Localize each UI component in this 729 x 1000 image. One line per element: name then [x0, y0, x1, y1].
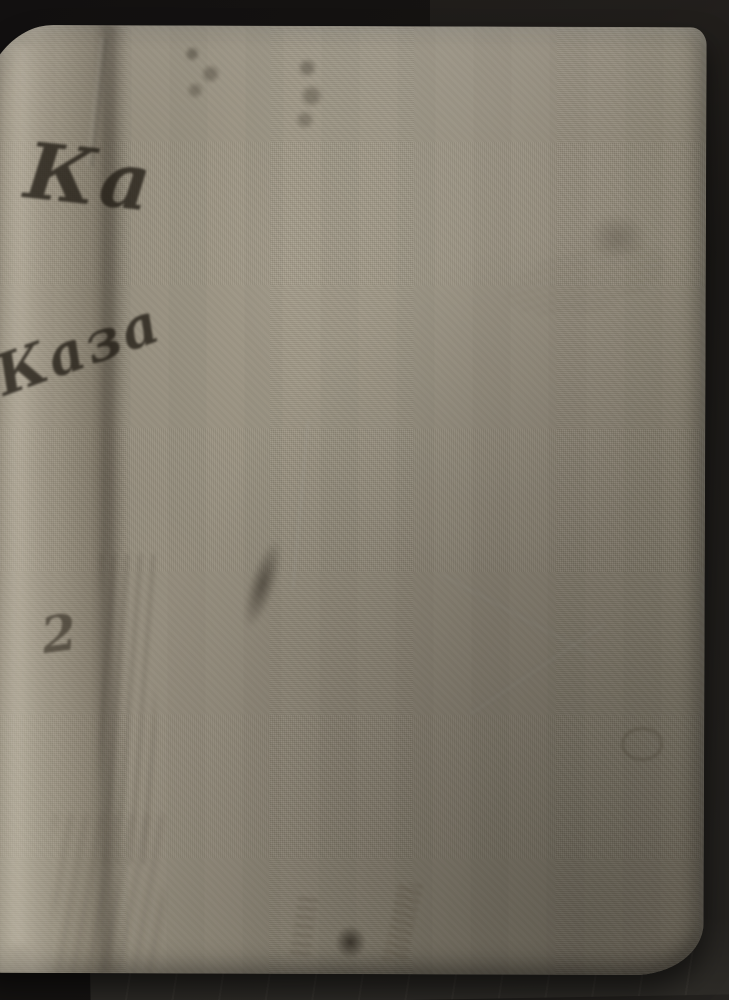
photo-lighting-vignette: [0, 25, 707, 976]
book-cover: Ка Каза 2: [0, 25, 707, 976]
photo-scene: Ка Каза 2: [0, 0, 729, 1000]
